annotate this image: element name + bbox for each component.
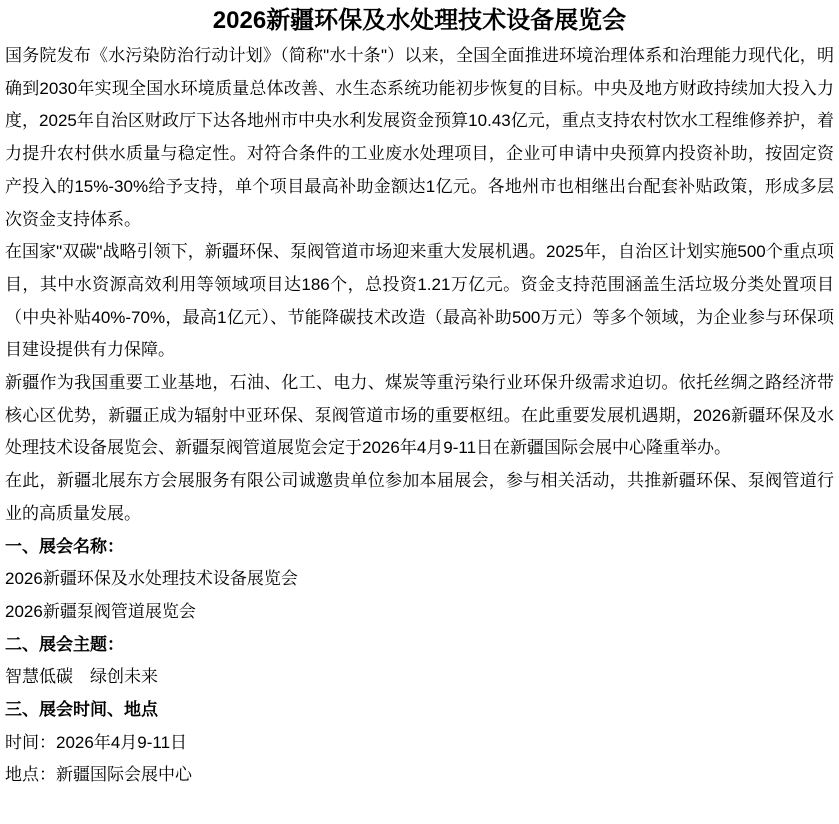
exhibition-time-line: 时间：2026年4月9-11日: [5, 727, 834, 760]
intro-paragraph-policy: 国务院发布《水污染防治行动计划》（简称"水十条"）以来，全国全面推进环境治理体系…: [5, 40, 834, 236]
exhibition-theme-line: 智慧低碳 绿创未来: [5, 661, 834, 694]
exhibition-name-line-1: 2026新疆环保及水处理技术设备展览会: [5, 563, 834, 596]
exhibition-name-line-2: 2026新疆泵阀管道展览会: [5, 596, 834, 629]
section-heading-exhibition-name: 一、展会名称：: [5, 531, 834, 564]
exhibition-place-line: 地点：新疆国际会展中心: [5, 759, 834, 792]
paragraph-invitation: 在此，新疆北展东方会展服务有限公司诚邀贵单位参加本届展会，参与相关活动，共推新疆…: [5, 465, 834, 530]
paragraph-xinjiang-industry: 新疆作为我国重要工业基地，石油、化工、电力、煤炭等重污染行业环保升级需求迫切。依…: [5, 367, 834, 465]
exhibition-invitation-document: 2026新疆环保及水处理技术设备展览会 国务院发布《水污染防治行动计划》（简称"…: [0, 0, 839, 824]
page-title: 2026新疆环保及水处理技术设备展览会: [5, 4, 834, 38]
section-heading-time-place: 三、展会时间、地点: [5, 694, 834, 727]
section-heading-exhibition-theme: 二、展会主题：: [5, 629, 834, 662]
paragraph-market-opportunity: 在国家"双碳"战略引领下，新疆环保、泵阀管道市场迎来重大发展机遇。2025年，自…: [5, 236, 834, 367]
